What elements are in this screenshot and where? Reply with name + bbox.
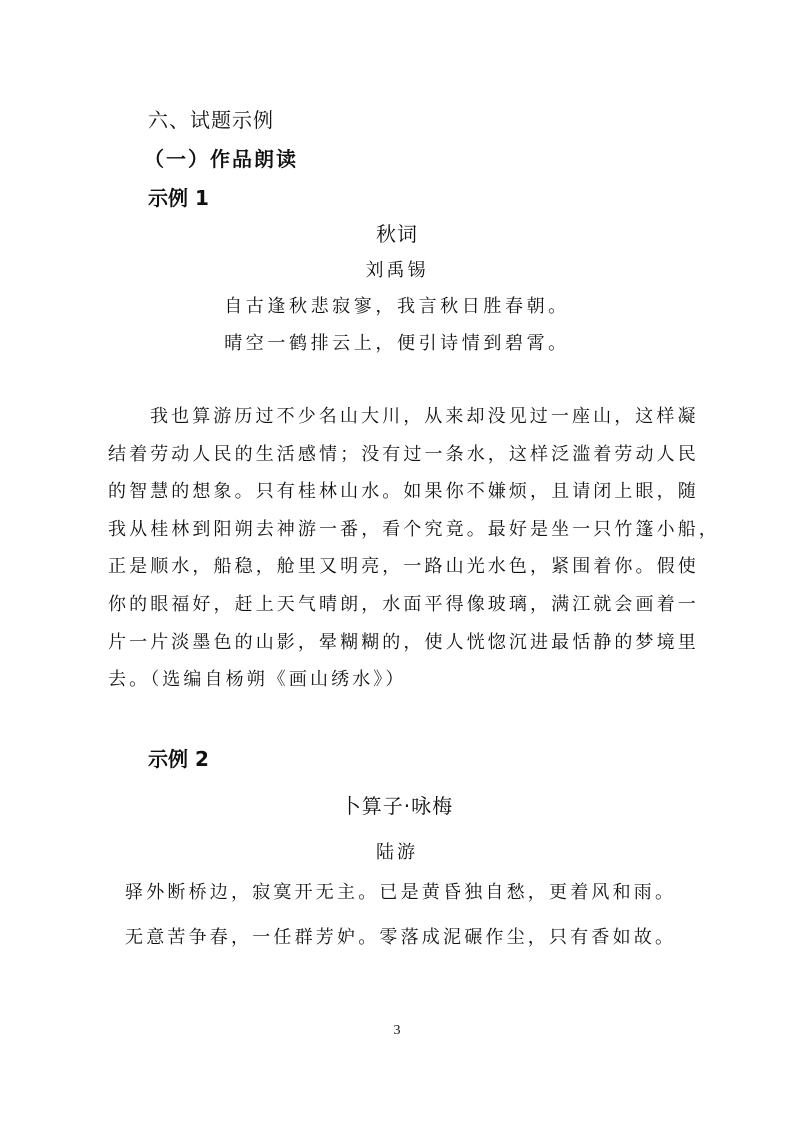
prose-line: 正是顺水，船稳，舱里又明亮，一路山光水色，紧围着你。假使 xyxy=(108,548,700,586)
prose-line: 去。（选编自杨朔《画山绣水》） xyxy=(108,661,700,699)
prose-line: 我从桂林到阳朔去神游一番，看个究竟。最好是坐一只竹篷小船， xyxy=(108,511,700,549)
page-number: 3 xyxy=(0,1023,794,1039)
prose-line: 我也算游历过不少名山大川，从来却没见过一座山，这样凝 xyxy=(108,398,700,436)
prose-line: 你的眼福好，赶上天气晴朗，水面平得像玻璃，满江就会画着一 xyxy=(108,586,700,624)
poem-1-line: 自古逢秋悲寂寥，我言秋日胜春朝。 xyxy=(0,292,794,318)
poem-1-line: 晴空一鹤排云上，便引诗情到碧霄。 xyxy=(0,329,794,355)
poem-1-author: 刘禹锡 xyxy=(0,256,794,282)
example-2-label: 示例 2 xyxy=(148,743,209,772)
prose-line: 的智慧的想象。只有桂林山水。如果你不嫌烦，且请闭上眼，随 xyxy=(108,473,700,511)
poem-2-line: 驿外断桥边，寂寞开无主。已是黄昏独自愁，更着风和雨。 xyxy=(125,878,676,904)
poem-2-author: 陆游 xyxy=(0,838,794,864)
section-heading: 六、试题示例 xyxy=(148,104,274,133)
subsection-heading: （一）作品朗读 xyxy=(144,143,298,172)
prose-passage: 我也算游历过不少名山大川，从来却没见过一座山，这样凝 结着劳动人民的生活感情；没… xyxy=(108,398,700,699)
example-1-label: 示例 1 xyxy=(148,182,209,211)
poem-2-title: 卜算子·咏梅 xyxy=(0,790,794,819)
poem-2-line: 无意苦争春，一任群芳妒。零落成泥碾作尘，只有香如故。 xyxy=(125,923,676,949)
prose-line: 结着劳动人民的生活感情；没有过一条水，这样泛滥着劳动人民 xyxy=(108,436,700,474)
poem-1-title: 秋词 xyxy=(0,218,794,247)
prose-line: 片一片淡墨色的山影，晕糊糊的，使人恍惚沉进最恬静的梦境里 xyxy=(108,624,700,662)
document-page: 六、试题示例 （一）作品朗读 示例 1 秋词 刘禹锡 自古逢秋悲寂寥，我言秋日胜… xyxy=(0,0,794,1123)
